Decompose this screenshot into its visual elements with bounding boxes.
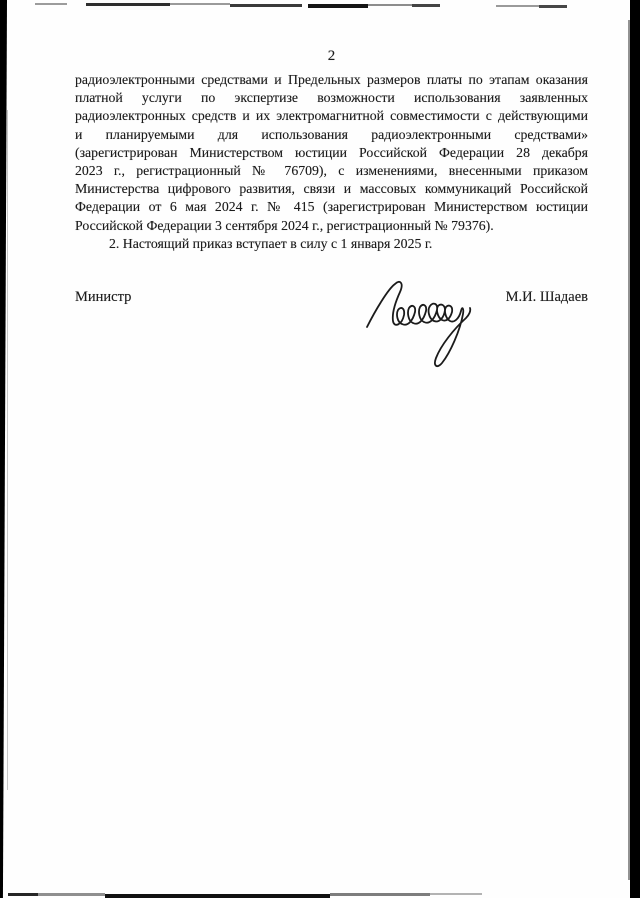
scan-artifact-top [170,3,230,5]
scan-edge-left-line [7,110,8,790]
body-line: радиоэлектронных средств и их электромаг… [75,107,588,125]
scan-artifact-bottom [38,893,105,896]
body-line: Министерства цифрового развития, связи и… [75,180,588,198]
body-line: (зарегистрирован Министерством юстиции Р… [75,144,588,162]
scan-edge-left [0,0,7,898]
body-line: Федерации от 6 мая 2024 г. № 415 (зареги… [75,198,588,216]
scan-artifact-bottom [430,893,482,895]
effective-date-clause: 2. Настоящий приказ вступает в силу с 1 … [75,235,588,253]
body-line: Российской Федерации 3 сентября 2024 г.,… [75,217,588,235]
scan-artifact-top [35,3,67,5]
scan-artifact-top [539,5,567,8]
body-line: 2023 г., регистрационный № 76709), с изм… [75,162,588,180]
scan-artifact-top [496,5,539,7]
minister-title: Министр [75,289,131,306]
scan-artifact-top [412,4,440,7]
scanned-document-page: 2 радиоэлектронными средствами и Предель… [0,0,640,898]
scan-artifact-top [230,4,302,7]
body-line: платной услуги по экспертизе возможности… [75,89,588,107]
body-line: и планируемыми для использования радиоэл… [75,126,588,144]
scan-edge-right [630,0,640,898]
body-line: радиоэлектронными средствами и Предельны… [75,71,588,89]
scan-artifact-top [308,4,368,8]
order-text: радиоэлектронными средствами и Предельны… [75,71,588,253]
handwritten-signature-icon [342,261,522,391]
scan-artifact-top [86,3,170,6]
scan-artifact-bottom [105,894,330,898]
page-number: 2 [75,48,588,65]
scan-artifact-top [368,4,412,6]
scan-artifact-bottom [330,893,430,896]
signer-name: М.И. Шадаев [388,289,588,306]
scan-artifact-bottom [8,893,38,896]
